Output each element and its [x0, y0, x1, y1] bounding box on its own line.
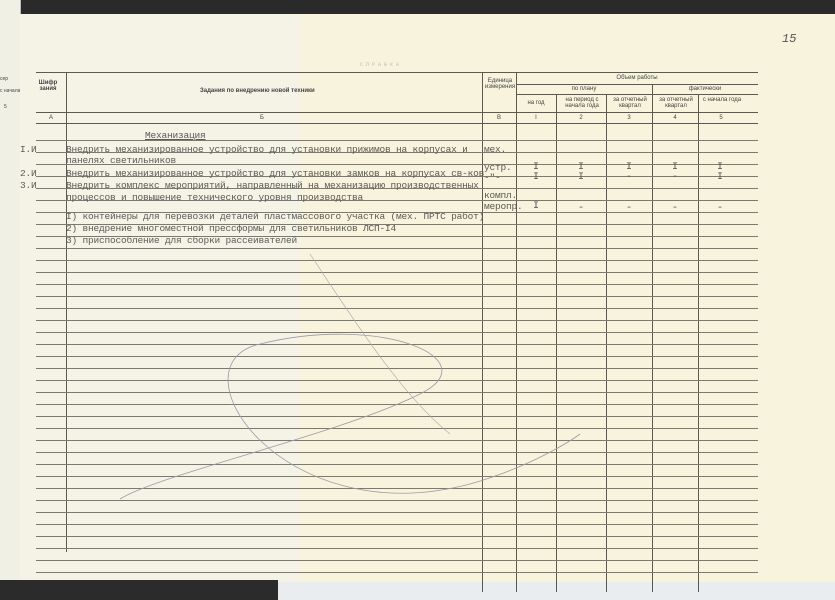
form-sheet: 15 С П Р А В К А Шифр зания Задания по в… [20, 14, 820, 582]
strip-header-1: сер [0, 76, 8, 82]
pencil-scribble [20, 14, 820, 582]
strip-header-3: 5 [4, 104, 7, 110]
previous-page-strip: сер с начала года 5 [0, 0, 21, 580]
scan-background-bottom [0, 580, 278, 600]
